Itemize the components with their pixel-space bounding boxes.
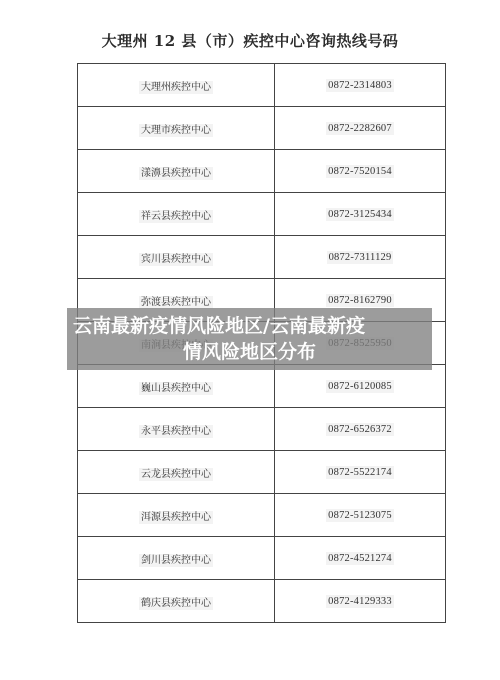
table-row: 大理市疾控中心0872-2282607: [78, 107, 446, 150]
phone-cell: 0872-2314803: [275, 64, 446, 107]
cdc-name-cell: 祥云县疾控中心: [78, 193, 275, 236]
cdc-name-cell: 剑川县疾控中心: [78, 537, 275, 580]
phone-cell: 0872-5522174: [275, 451, 446, 494]
phone-cell: 0872-7520154: [275, 150, 446, 193]
headline-line-2: 情风险地区分布: [67, 339, 432, 365]
headline-line-1: 云南最新疫情风险地区/云南最新疫: [67, 313, 432, 339]
table-row: 洱源县疾控中心0872-5123075: [78, 494, 446, 537]
cdc-name-cell: 洱源县疾控中心: [78, 494, 275, 537]
phone-cell: 0872-6120085: [275, 365, 446, 408]
phone-cell: 0872-5123075: [275, 494, 446, 537]
table-row: 剑川县疾控中心0872-4521274: [78, 537, 446, 580]
document-page: 大理州 12 县（市）疾控中心咨询热线号码 大理州疾控中心0872-231480…: [0, 0, 500, 680]
phone-cell: 0872-7311129: [275, 236, 446, 279]
phone-cell: 0872-2282607: [275, 107, 446, 150]
cdc-name-cell: 宾川县疾控中心: [78, 236, 275, 279]
phone-cell: 0872-4521274: [275, 537, 446, 580]
phone-cell: 0872-3125434: [275, 193, 446, 236]
cdc-name-cell: 永平县疾控中心: [78, 408, 275, 451]
table-row: 鹤庆县疾控中心0872-4129333: [78, 580, 446, 623]
document-title: 大理州 12 县（市）疾控中心咨询热线号码: [0, 30, 500, 51]
phone-cell: 0872-6526372: [275, 408, 446, 451]
table-row: 祥云县疾控中心0872-3125434: [78, 193, 446, 236]
table-row: 漾濞县疾控中心0872-7520154: [78, 150, 446, 193]
headline-overlay-banner: 云南最新疫情风险地区/云南最新疫 情风险地区分布: [67, 308, 432, 370]
table-row: 云龙县疾控中心0872-5522174: [78, 451, 446, 494]
cdc-name-cell: 大理市疾控中心: [78, 107, 275, 150]
cdc-name-cell: 漾濞县疾控中心: [78, 150, 275, 193]
cdc-name-cell: 云龙县疾控中心: [78, 451, 275, 494]
table-row: 永平县疾控中心0872-6526372: [78, 408, 446, 451]
table-row: 宾川县疾控中心0872-7311129: [78, 236, 446, 279]
cdc-name-cell: 大理州疾控中心: [78, 64, 275, 107]
table-row: 大理州疾控中心0872-2314803: [78, 64, 446, 107]
table-row: 巍山县疾控中心0872-6120085: [78, 365, 446, 408]
cdc-name-cell: 鹤庆县疾控中心: [78, 580, 275, 623]
phone-cell: 0872-4129333: [275, 580, 446, 623]
cdc-name-cell: 巍山县疾控中心: [78, 365, 275, 408]
